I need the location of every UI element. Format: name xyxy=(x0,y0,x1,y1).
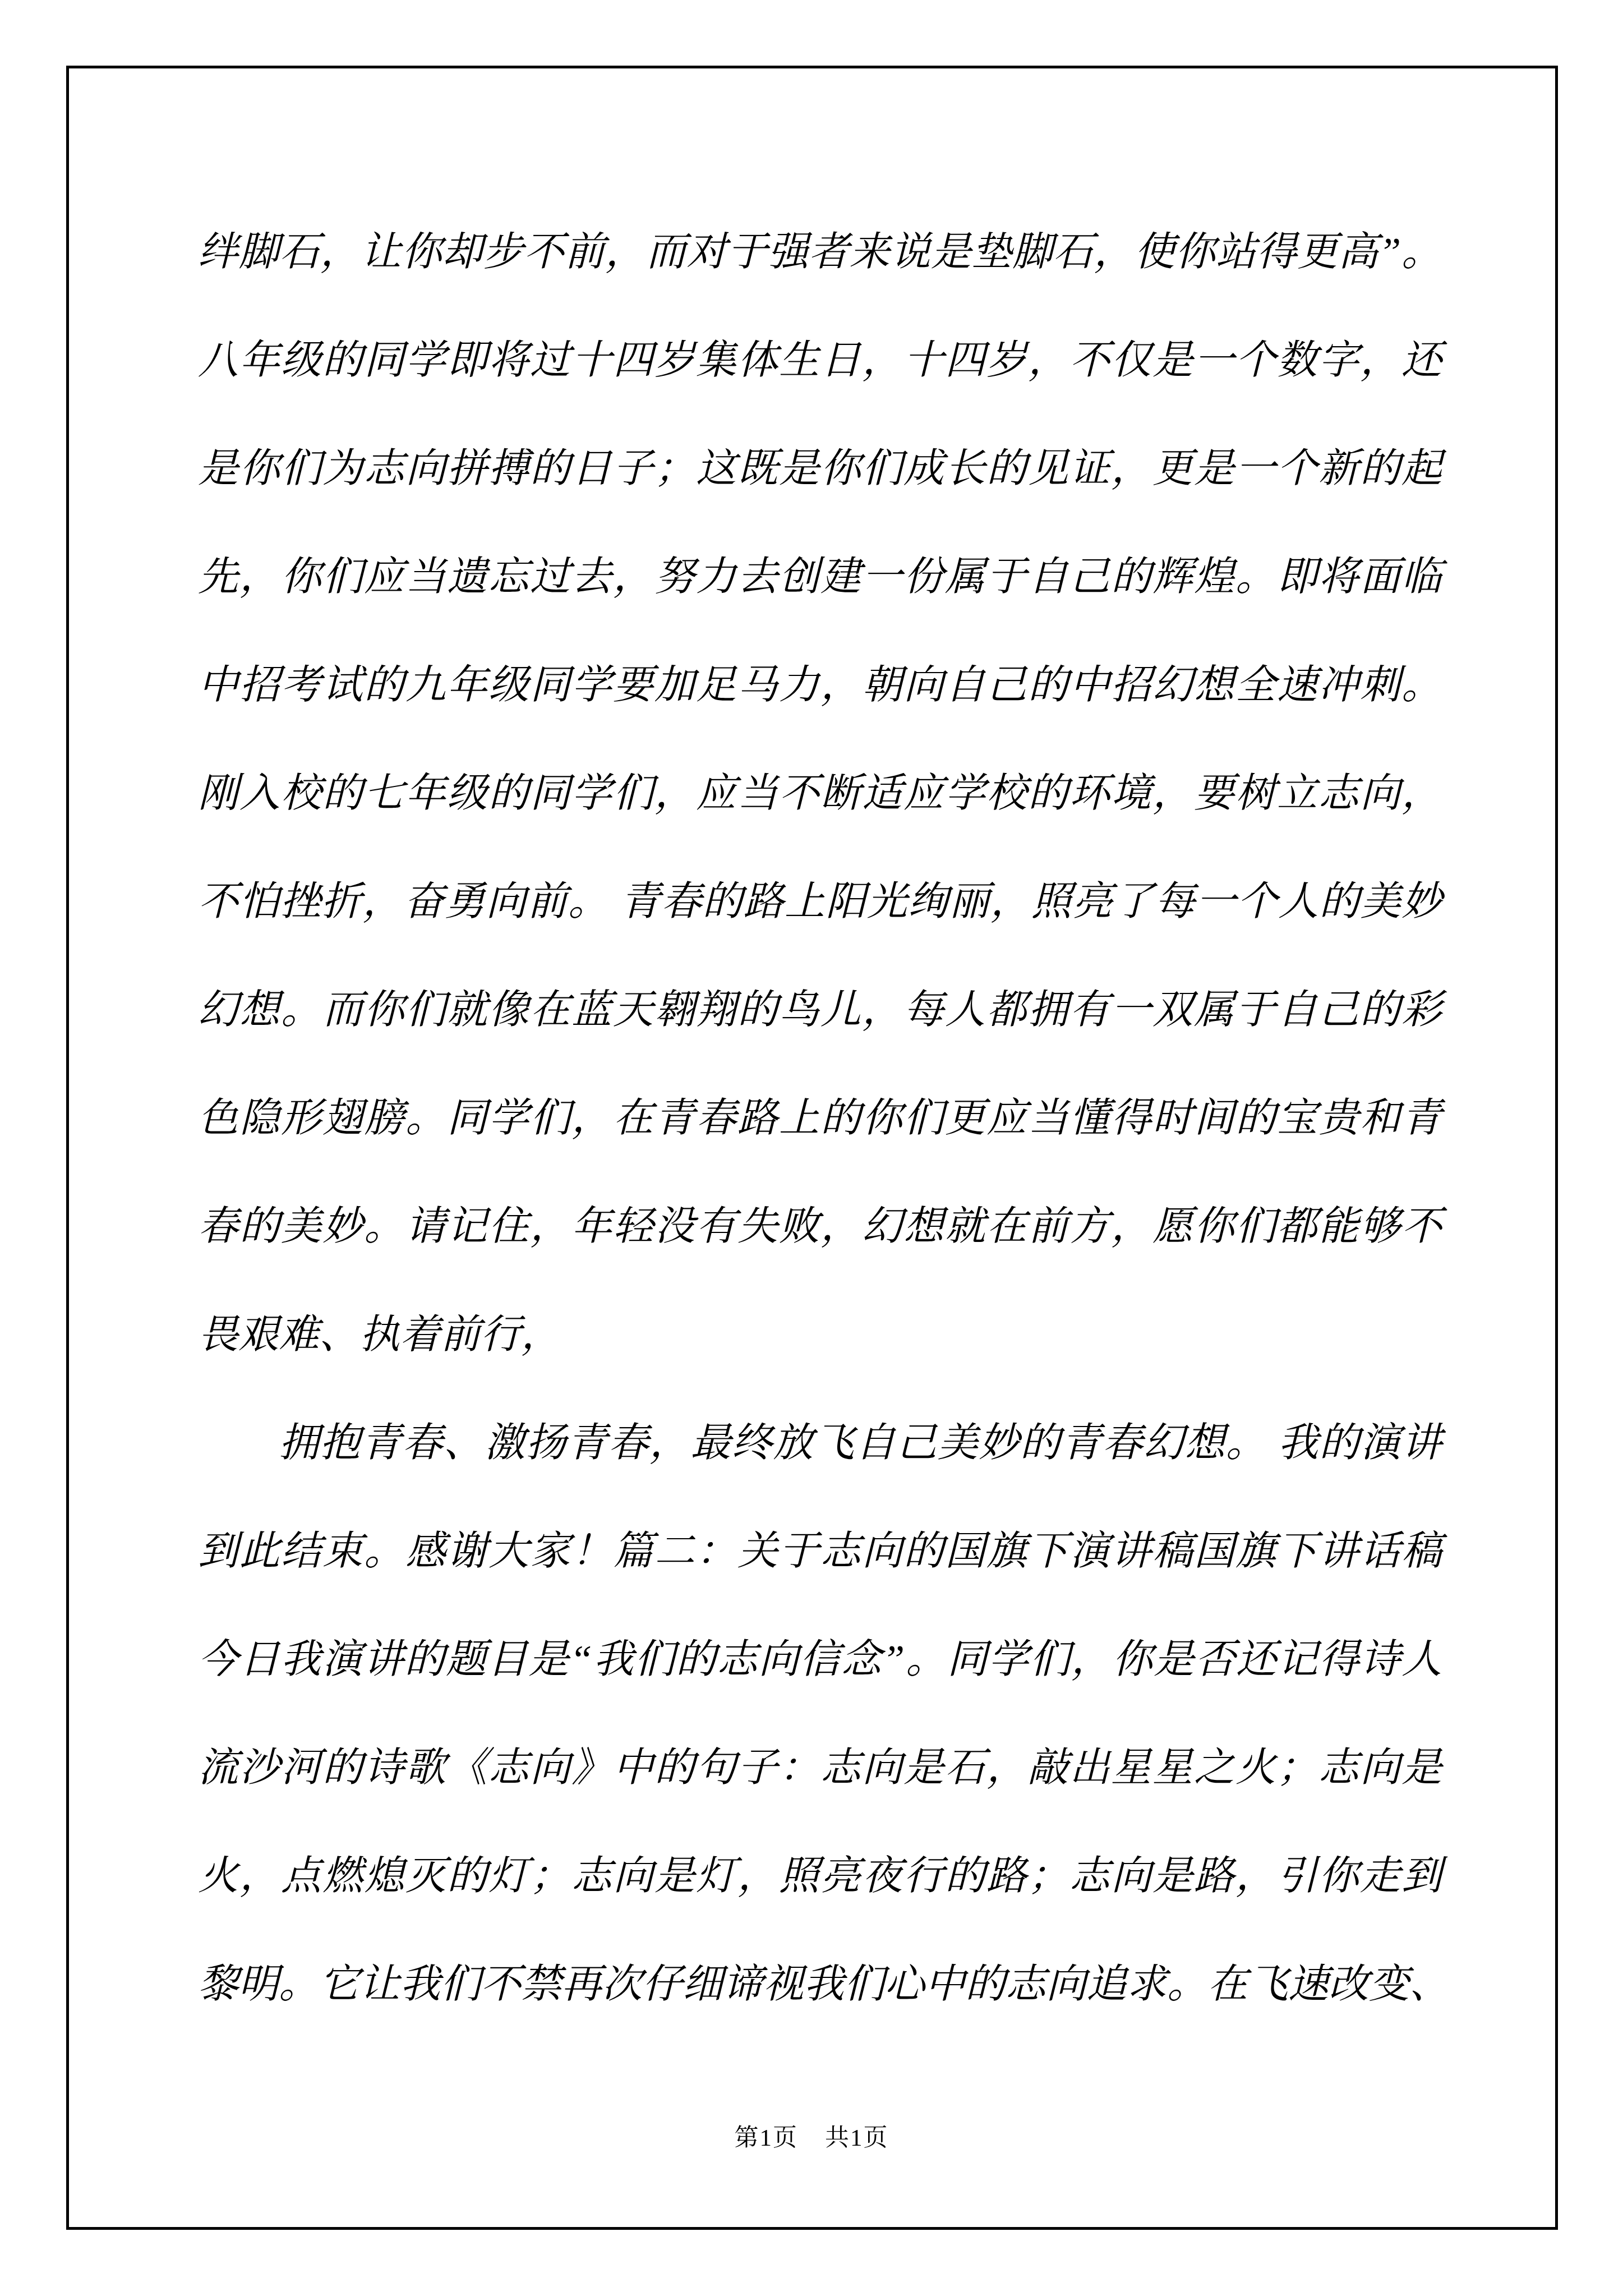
body-line: 到此结束。感谢大家！篇二：关于志向的国旗下演讲稿国旗下讲话稿 xyxy=(198,1497,1442,1605)
body-line: 不怕挫折，奋勇向前。 青春的路上阳光绚丽，照亮了每一个人的美妙 xyxy=(198,848,1442,956)
body-line: 中招考试的九年级同学要加足马力，朝向自己的中招幻想全速冲刺。 xyxy=(198,631,1442,739)
body-line: 春的美妙。请记住，年轻没有失败，幻想就在前方，愿你们都能够不 xyxy=(198,1172,1442,1281)
body-line: 色隐形翅膀。同学们，在青春路上的你们更应当懂得时间的宝贵和青 xyxy=(198,1064,1442,1172)
body-line: 刚入校的七年级的同学们，应当不断适应学校的环境，要树立志向， xyxy=(198,739,1442,848)
body-line: 畏艰难、执着前行， xyxy=(198,1281,1442,1389)
document-page: { "page": { "background_color": "#ffffff… xyxy=(0,0,1623,2296)
body-line: 拥抱青春、激扬青春，最终放飞自己美妙的青春幻想。 我的演讲 xyxy=(198,1389,1442,1497)
body-line: 今日我演讲的题目是“我们的志向信念”。同学们，你是否还记得诗人 xyxy=(198,1605,1442,1714)
body-line: 黎明。它让我们不禁再次仔细谛视我们心中的志向追求。在飞速改变、 xyxy=(198,1930,1442,2039)
body-line: 绊脚石，让你却步不前，而对于强者来说是垫脚石，使你站得更高”。 xyxy=(198,198,1442,306)
body-line: 流沙河的诗歌《志向》中的句子：志向是石，敲出星星之火；志向是 xyxy=(198,1714,1442,1822)
page-footer: 第1页共1页 xyxy=(0,2122,1623,2155)
body-line: 幻想。而你们就像在蓝天翱翔的鸟儿，每人都拥有一双属于自己的彩 xyxy=(198,956,1442,1064)
footer-current-page: 第1页 xyxy=(735,2125,799,2151)
body-line: 是你们为志向拼搏的日子；这既是你们成长的见证，更是一个新的起 xyxy=(198,415,1442,523)
document-body: 绊脚石，让你却步不前，而对于强者来说是垫脚石，使你站得更高”。 八年级的同学即将… xyxy=(198,198,1442,2039)
body-line: 先，你们应当遗忘过去，努力去创建一份属于自己的辉煌。即将面临 xyxy=(198,523,1442,631)
body-line: 火，点燃熄灭的灯；志向是灯，照亮夜行的路；志向是路，引你走到 xyxy=(198,1822,1442,1930)
body-line: 八年级的同学即将过十四岁集体生日，十四岁，不仅是一个数字，还 xyxy=(198,306,1442,415)
footer-total-pages: 共1页 xyxy=(825,2125,889,2151)
